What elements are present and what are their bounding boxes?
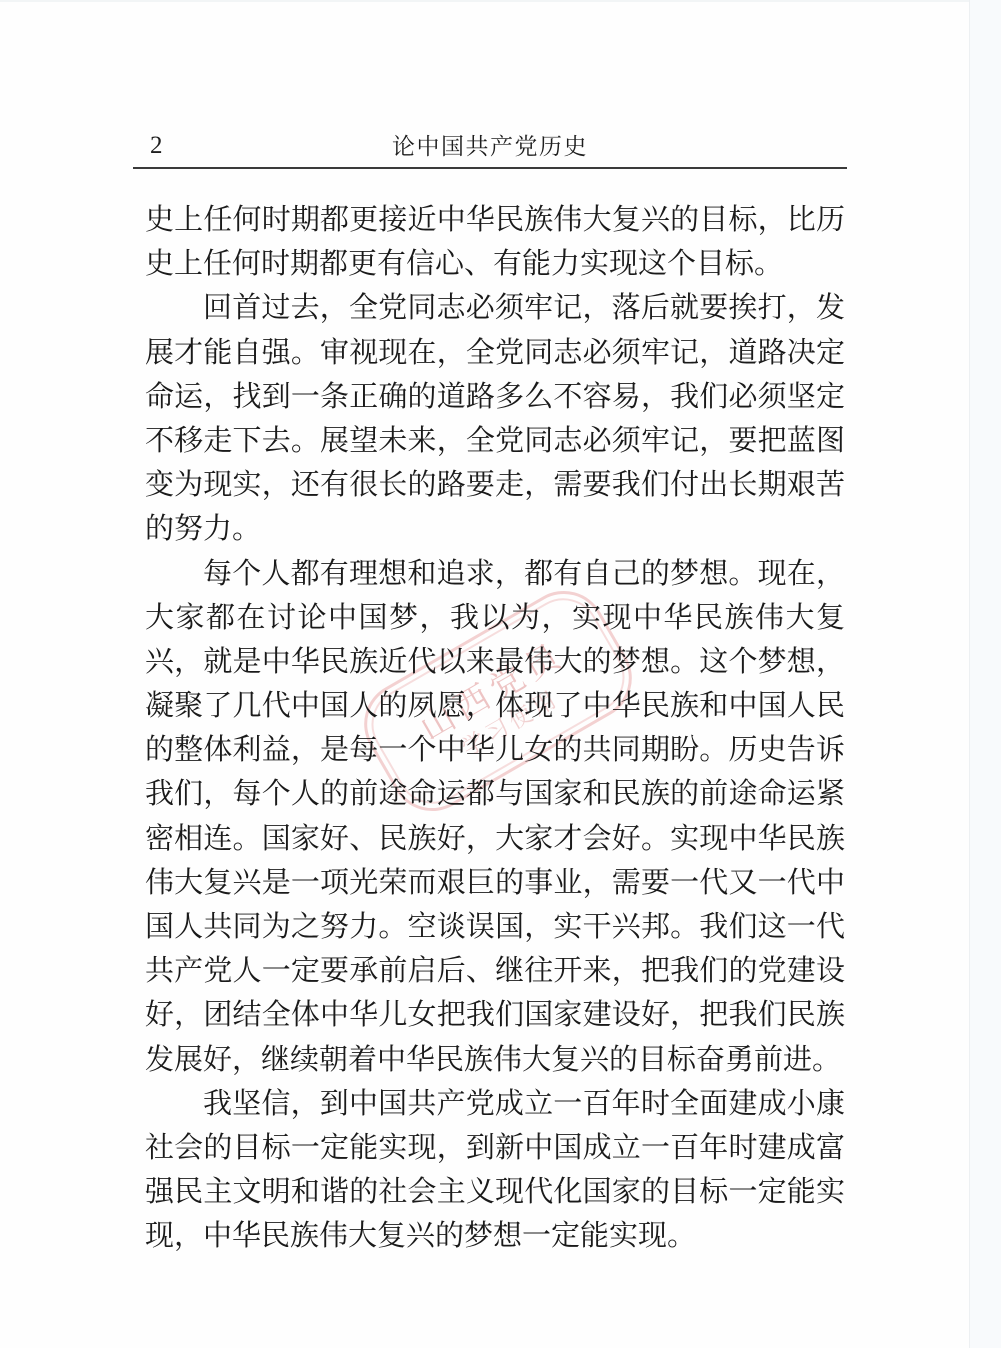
text-line: 国人共同为之努力。空谈误国，实干兴邦。我们这一代 [145,905,845,949]
text-line: 发展好，继续朝着中华民族伟大复兴的目标奋勇前进。 [145,1038,845,1082]
text-line: 我们，每个人的前途命运都与国家和民族的前途命运紧 [145,772,845,816]
text-line: 不移走下去。展望未来，全党同志必须牢记，要把蓝图 [145,419,845,463]
text-line: 伟大复兴是一项光荣而艰巨的事业，需要一代又一代中 [145,861,845,905]
text-line: 社会的目标一定能实现，到新中国成立一百年时建成富 [145,1126,845,1170]
text-line: 命运，找到一条正确的道路多么不容易，我们必须坚定 [145,375,845,419]
text-line: 现，中华民族伟大复兴的梦想一定能实现。 [145,1214,845,1258]
text-line: 每个人都有理想和追求，都有自己的梦想。现在， [145,552,845,596]
book-page: 2 论中国共产党历史 山西党员 学习使用 史上任何时期都更接近中华民族伟大复兴的… [0,0,1001,1348]
text-line: 回首过去，全党同志必须牢记，落后就要挨打，发 [145,286,845,330]
text-line: 展才能自强。审视现在，全党同志必须牢记，道路决定 [145,331,845,375]
text-line: 我坚信，到中国共产党成立一百年时全面建成小康 [145,1082,845,1126]
text-line: 史上任何时期都更接近中华民族伟大复兴的目标，比历 [145,198,845,242]
page-header: 2 论中国共产党历史 [133,126,847,168]
text-line: 的努力。 [145,507,845,551]
text-line: 强民主文明和谐的社会主义现代化国家的目标一定能实 [145,1170,845,1214]
text-line: 凝聚了几代中国人的夙愿，体现了中华民族和中国人民 [145,684,845,728]
text-line: 好，团结全体中华儿女把我们国家建设好，把我们民族 [145,993,845,1037]
body-text: 史上任何时期都更接近中华民族伟大复兴的目标，比历 史上任何时期都更有信心、有能力… [145,198,845,1259]
header-rule [133,167,847,169]
text-line: 共产党人一定要承前启后、继往开来，把我们的党建设 [145,949,845,993]
text-line: 密相连。国家好、民族好，大家才会好。实现中华民族 [145,817,845,861]
text-line: 的整体利益，是每一个中华儿女的共同期盼。历史告诉 [145,728,845,772]
text-line: 史上任何时期都更有信心、有能力实现这个目标。 [145,242,845,286]
text-line: 变为现实，还有很长的路要走，需要我们付出长期艰苦 [145,463,845,507]
scan-right-edge [969,0,1001,1348]
scan-top-edge [0,0,1001,2]
text-line: 大家都在讨论中国梦，我以为，实现中华民族伟大复 [145,596,845,640]
text-line: 兴，就是中华民族近代以来最伟大的梦想。这个梦想， [145,640,845,684]
book-title: 论中国共产党历史 [133,134,847,160]
